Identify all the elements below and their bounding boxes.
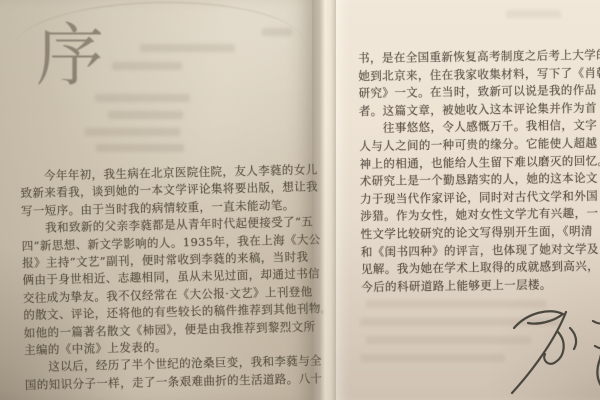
show-through-line: [262, 28, 292, 36]
show-through-line: [360, 354, 505, 362]
left-page: 序 今年年初，我生病在北京医院住院，友人李蕤的女儿 致新来看我，谈到她的一本文学…: [0, 0, 312, 400]
show-through-line: [85, 128, 180, 136]
show-through-line: [112, 62, 182, 70]
show-through-line: [95, 94, 190, 102]
author-signature: [506, 288, 600, 400]
show-through-line: [140, 44, 235, 52]
book-gutter: [312, 0, 336, 400]
preface-title: 序: [36, 20, 104, 95]
show-through-line: [108, 111, 183, 119]
book-spread-photo: 序 今年年初，我生病在北京医院住院，友人李蕤的女儿 致新来看我，谈到她的一本文学…: [0, 0, 600, 400]
left-page-text: 今年年初，我生病在北京医院住院，友人李蕤的女儿 致新来看我，谈到她的一本文学评论…: [20, 161, 325, 394]
right-page: 书，是在全国重新恢复高考制度之后考上大学的 她到北京来，住在我家收集材料，写下了…: [336, 0, 600, 400]
show-through-line: [96, 144, 184, 152]
show-through-line: [506, 10, 561, 18]
right-page-text: 书，是在全国重新恢复高考制度之后考上大学的 她到北京来，住在我家收集材料，写下了…: [358, 44, 600, 296]
